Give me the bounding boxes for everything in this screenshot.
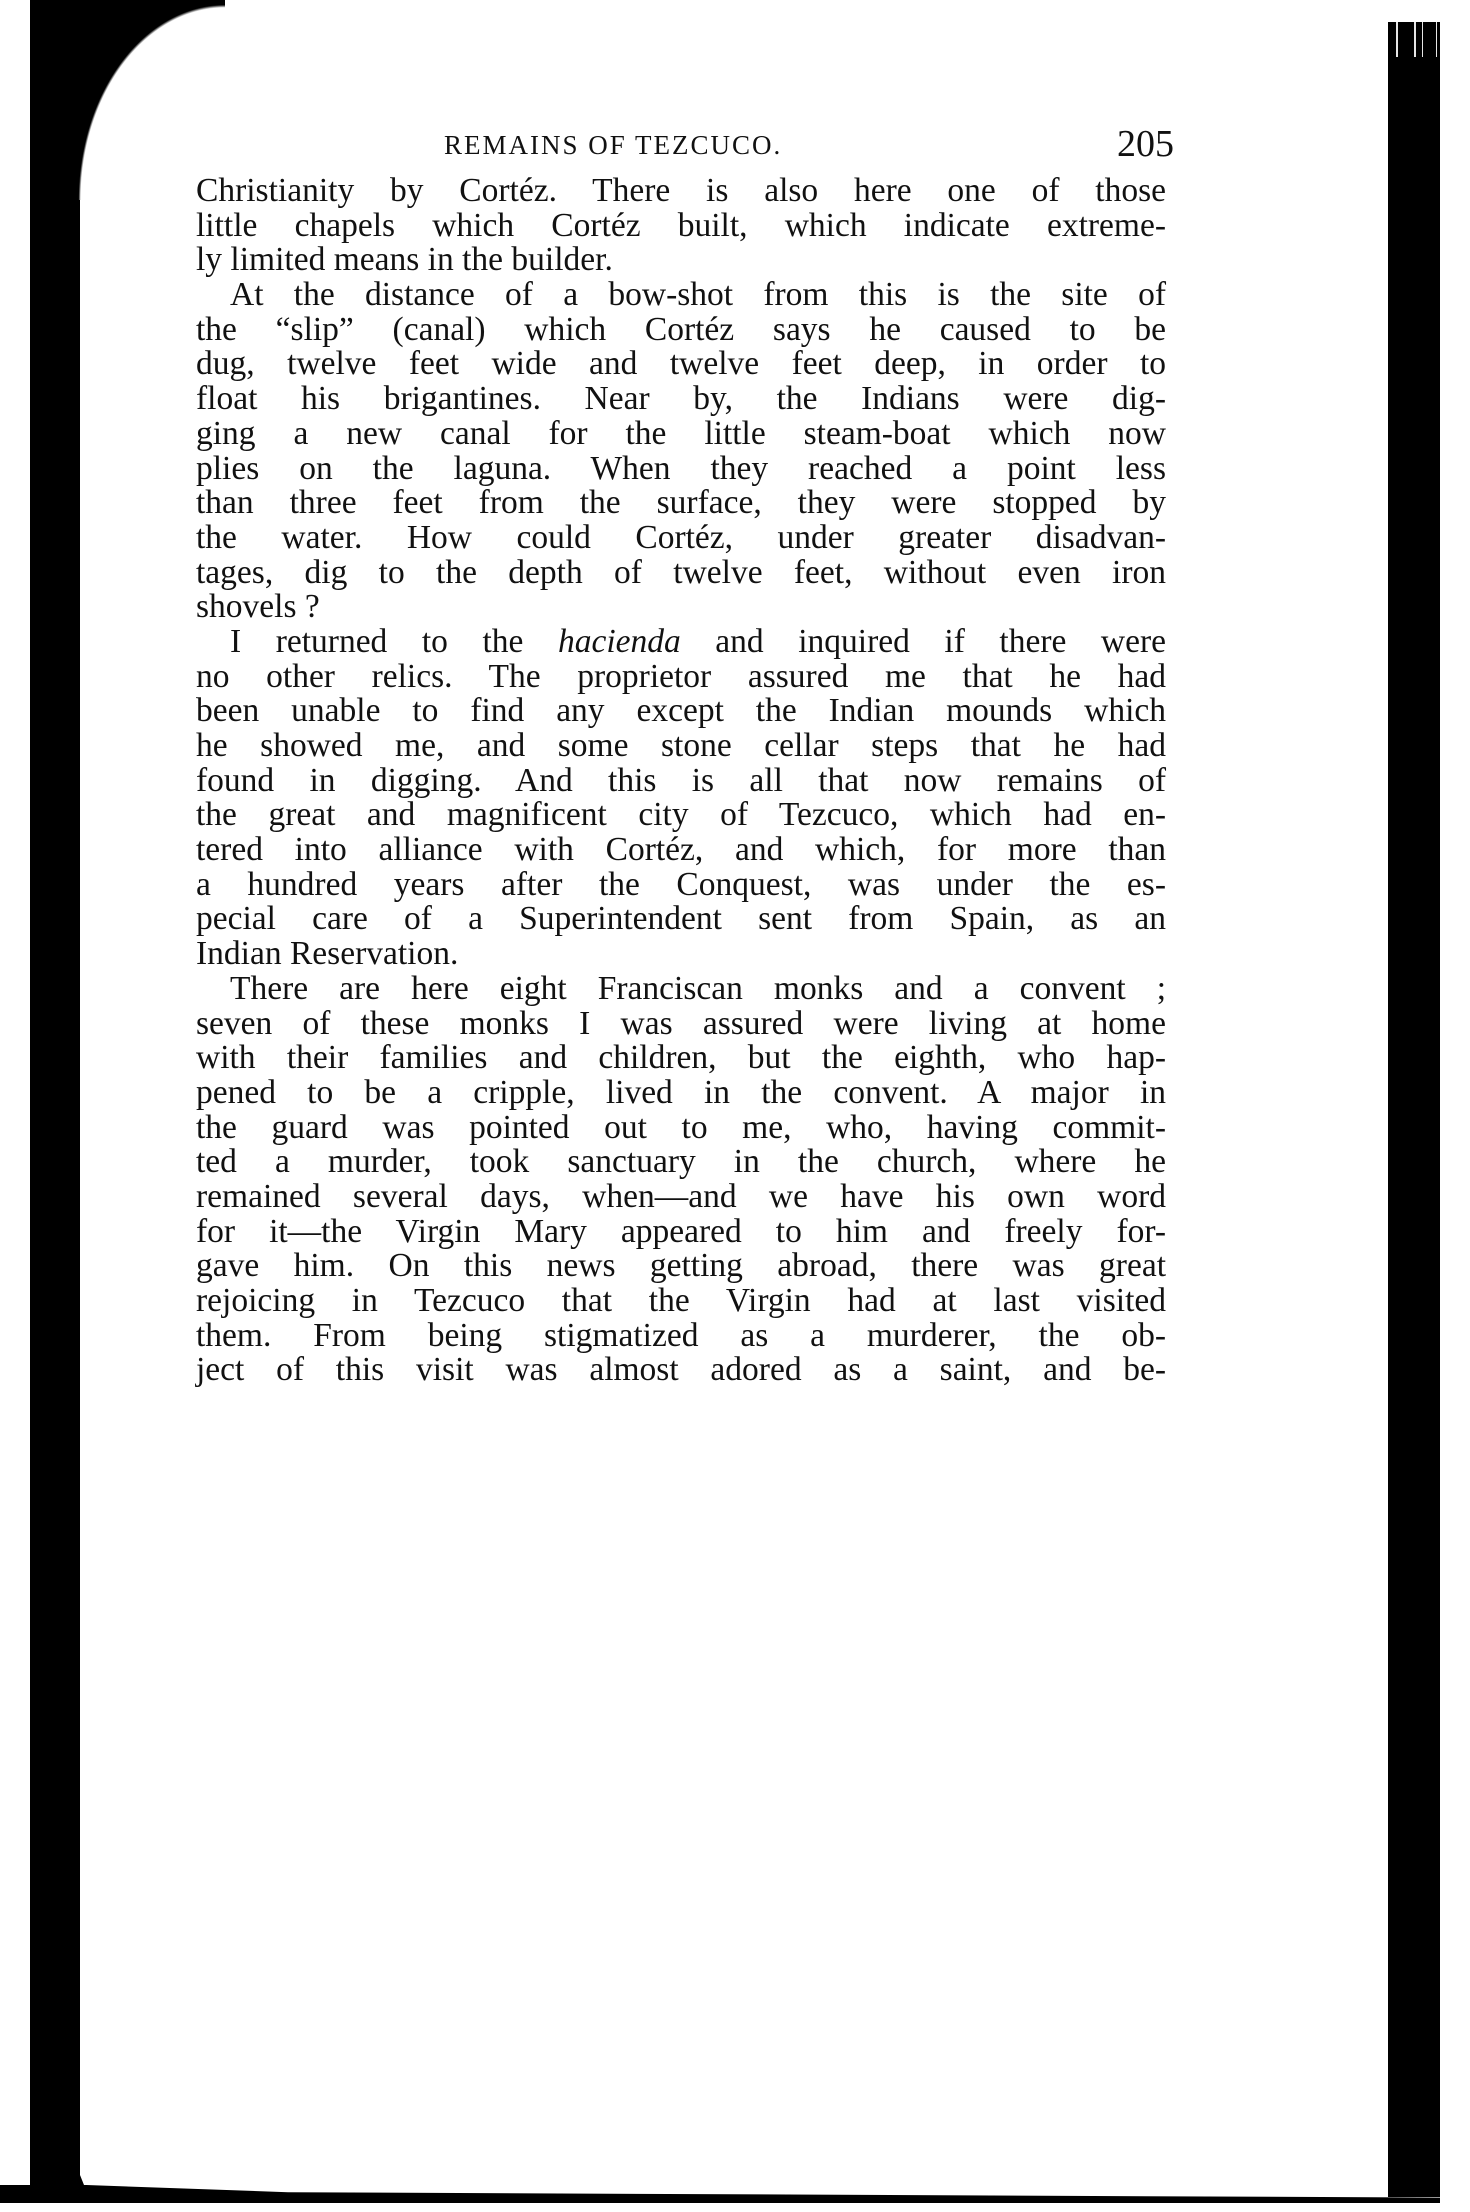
text-line: ted a murder, took sanctuary in the chur… xyxy=(196,1145,1166,1180)
text-line: for it—the Virgin Mary appeared to him a… xyxy=(196,1215,1166,1250)
text-line: dug, twelve feet wide and twelve feet de… xyxy=(196,347,1166,382)
paragraph: There are here eight Franciscan monks an… xyxy=(196,972,1166,1388)
text-line: I returned to the hacienda and inquired … xyxy=(196,625,1166,660)
text-line: tages, dig to the depth of twelve feet, … xyxy=(196,556,1166,591)
running-title: REMAINS OF TEZCUCO. xyxy=(444,130,782,161)
text-line: float his brigantines. Near by, the Indi… xyxy=(196,382,1166,417)
running-head: REMAINS OF TEZCUCO. 205 xyxy=(196,120,1166,180)
text-line: the guard was pointed out to me, who, ha… xyxy=(196,1111,1166,1146)
body-text: Christianity by Cortéz. There is also he… xyxy=(196,174,1166,1388)
text-line: ject of this visit was almost adored as … xyxy=(196,1353,1166,1388)
text-line: no other relics. The proprietor assured … xyxy=(196,660,1166,695)
book-page: REMAINS OF TEZCUCO. 205 Christianity by … xyxy=(196,120,1166,1388)
text-line: Indian Reservation. xyxy=(196,937,1166,972)
text-line: pecial care of a Superintendent sent fro… xyxy=(196,902,1166,937)
text-line: tered into alliance with Cortéz, and whi… xyxy=(196,833,1166,868)
text-line: ging a new canal for the little steam-bo… xyxy=(196,417,1166,452)
text-line: he showed me, and some stone cellar step… xyxy=(196,729,1166,764)
text-line: little chapels which Cortéz built, which… xyxy=(196,209,1166,244)
text-line: the water. How could Cortéz, under great… xyxy=(196,521,1166,556)
text-line: gave him. On this news getting abroad, t… xyxy=(196,1249,1166,1284)
binding-shadow xyxy=(0,0,90,2212)
page-number: 205 xyxy=(1117,122,1174,166)
text-line: rejoicing in Tezcuco that the Virgin had… xyxy=(196,1284,1166,1319)
paragraph: At the distance of a bow-shot from this … xyxy=(196,278,1166,625)
text-line: them. From being stigmatized as a murder… xyxy=(196,1319,1166,1354)
text-line: found in digging. And this is all that n… xyxy=(196,764,1166,799)
page-edge-stack xyxy=(1388,22,1440,2197)
bottom-edge-shadow xyxy=(0,2185,1440,2212)
text-line: pened to be a cripple, lived in the conv… xyxy=(196,1076,1166,1111)
text-line: plies on the laguna. When they reached a… xyxy=(196,452,1166,487)
text-line: shovels ? xyxy=(196,590,1166,625)
text-line: with their families and children, but th… xyxy=(196,1041,1166,1076)
text-line: ly limited means in the builder. xyxy=(196,243,1166,278)
paragraph: Christianity by Cortéz. There is also he… xyxy=(196,174,1166,278)
paragraph: I returned to the hacienda and inquired … xyxy=(196,625,1166,972)
text-run: I returned to the xyxy=(230,623,558,660)
text-line: been unable to find any except the India… xyxy=(196,694,1166,729)
text-line: There are here eight Franciscan monks an… xyxy=(196,972,1166,1007)
text-line: At the distance of a bow-shot from this … xyxy=(196,278,1166,313)
text-line: than three feet from the surface, they w… xyxy=(196,486,1166,521)
italic-term: hacienda xyxy=(558,623,681,660)
text-run: and inquired if there were xyxy=(681,623,1166,660)
text-line: the “slip” (canal) which Cortéz says he … xyxy=(196,313,1166,348)
text-line: the great and magnificent city of Tezcuc… xyxy=(196,798,1166,833)
text-line: remained several days, when—and we have … xyxy=(196,1180,1166,1215)
text-line: seven of these monks I was assured were … xyxy=(196,1007,1166,1042)
text-line: a hundred years after the Conquest, was … xyxy=(196,868,1166,903)
